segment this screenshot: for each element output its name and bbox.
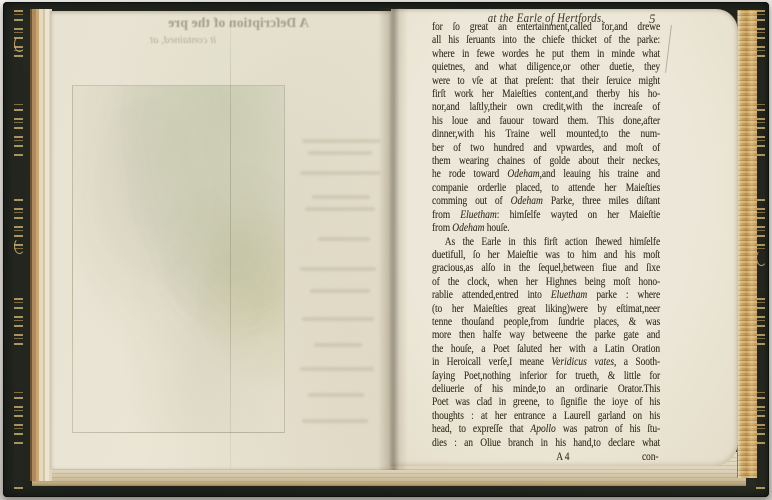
text-line: As the Earle in this firſt action ſhewed…	[432, 236, 660, 249]
showthrough-line	[308, 151, 372, 155]
text-line: his loue and fauour toward them. This do…	[432, 115, 660, 128]
showthrough-line	[302, 317, 374, 321]
showthrough-line	[302, 419, 368, 423]
left-page-blank-verso: A Deſcription of the pre it contained, a…	[50, 11, 391, 469]
showthrough-line	[310, 289, 370, 293]
text-line: quietnes, and what diligence,or other du…	[432, 61, 660, 74]
gold-tooling-ornament	[14, 238, 25, 254]
gold-tooling-ornament	[14, 36, 25, 52]
showthrough-line	[312, 195, 370, 199]
signature-line: A 4 con-	[432, 451, 660, 464]
text-line: in Heroicall verſe,I meane Veridicus vat…	[432, 356, 660, 369]
text-line: Poet was clad in greene, to ſignifie the…	[432, 396, 660, 409]
text-line: head, to expreſſe that Apollo was patron…	[432, 423, 660, 436]
text-line: companie orderlie placed, to attende her…	[432, 182, 660, 195]
text-line: rablie attended,entred into Eluetham par…	[432, 289, 660, 302]
text-line: deliuerie of his minde,to an ordinarie O…	[432, 383, 660, 396]
page-crease-line	[230, 11, 231, 469]
text-line: dies : an Oliue branch in his hand,to de…	[432, 437, 660, 450]
showthrough-line	[300, 171, 380, 175]
showthrough-mirrored-subtitle: it contained, at	[150, 34, 216, 46]
right-page-printed-recto: at the Earle of Hertfords. 5 for ſo grea…	[391, 9, 738, 466]
text-line: gracious,as alſo in the ſequel,between f…	[432, 262, 660, 275]
text-line: from Eluetham: himſelfe wayted on her Ma…	[432, 209, 660, 222]
text-line: for ſo great an entertainment,called for…	[432, 21, 660, 34]
text-line: comming out of Odeham Parke, three miles…	[432, 195, 660, 208]
showthrough-line	[314, 343, 362, 347]
showthrough-line	[305, 207, 375, 211]
body-text: for ſo great an entertainment,called for…	[432, 21, 660, 464]
text-line: firſt work her Maieſties content,and the…	[432, 88, 660, 101]
text-line: dinner,with his Traine well mounted,to t…	[432, 128, 660, 141]
text-line: more then halfe way betweene the parke g…	[432, 329, 660, 342]
text-line: thoughts : at her entrance a Laurell gar…	[432, 410, 660, 423]
text-line: from Odeham houſe.	[432, 222, 660, 235]
fore-edge-gilt	[737, 10, 757, 478]
text-line: the houſe, a Poet ſaluted her with a Lat…	[432, 343, 660, 356]
showthrough-line	[318, 237, 370, 241]
text-line: ſaying Poet,nothing inferior for trueth,…	[432, 370, 660, 383]
showthrough-plate-outline	[72, 85, 285, 433]
text-line: nor,and laſtly,their own credit,with the…	[432, 101, 660, 114]
text-line: were to vſe at that preſent: that their …	[432, 75, 660, 88]
showthrough-line	[308, 393, 364, 397]
showthrough-line	[300, 267, 376, 271]
showthrough-line	[302, 139, 380, 143]
left-page-edges	[30, 9, 52, 481]
text-line: where in fewe wordes he put them in mind…	[432, 48, 660, 61]
text-line: ber of two hundred and vpwardes, and moſ…	[432, 142, 660, 155]
signature-mark: A 4	[556, 451, 569, 464]
gold-tooling-ornament	[756, 250, 767, 266]
text-line: of the clock, when her Highnes being moſ…	[432, 276, 660, 289]
showthrough-line	[300, 367, 374, 371]
showthrough-mirrored-title: A Deſcription of the pre	[168, 15, 309, 31]
text-line: all his ſeruants into the chiefe thicket…	[432, 34, 660, 47]
text-line: (to her Maieſties great liking)were by e…	[432, 303, 660, 316]
book-scan-photo: A Deſcription of the pre it contained, a…	[0, 0, 772, 500]
text-line: them wearing chaines of golde about thei…	[432, 155, 660, 168]
gold-tooling-right-strip	[756, 6, 765, 491]
text-line: he rode toward Odeham,and leauing his tr…	[432, 168, 660, 181]
text-line: tenne thouſand people,from ſundrie place…	[432, 316, 660, 329]
catchword: con-	[642, 451, 658, 464]
text-line: duetifull, ſo her Maieſtie was to him an…	[432, 249, 660, 262]
paper-fiber-mark	[665, 25, 672, 73]
